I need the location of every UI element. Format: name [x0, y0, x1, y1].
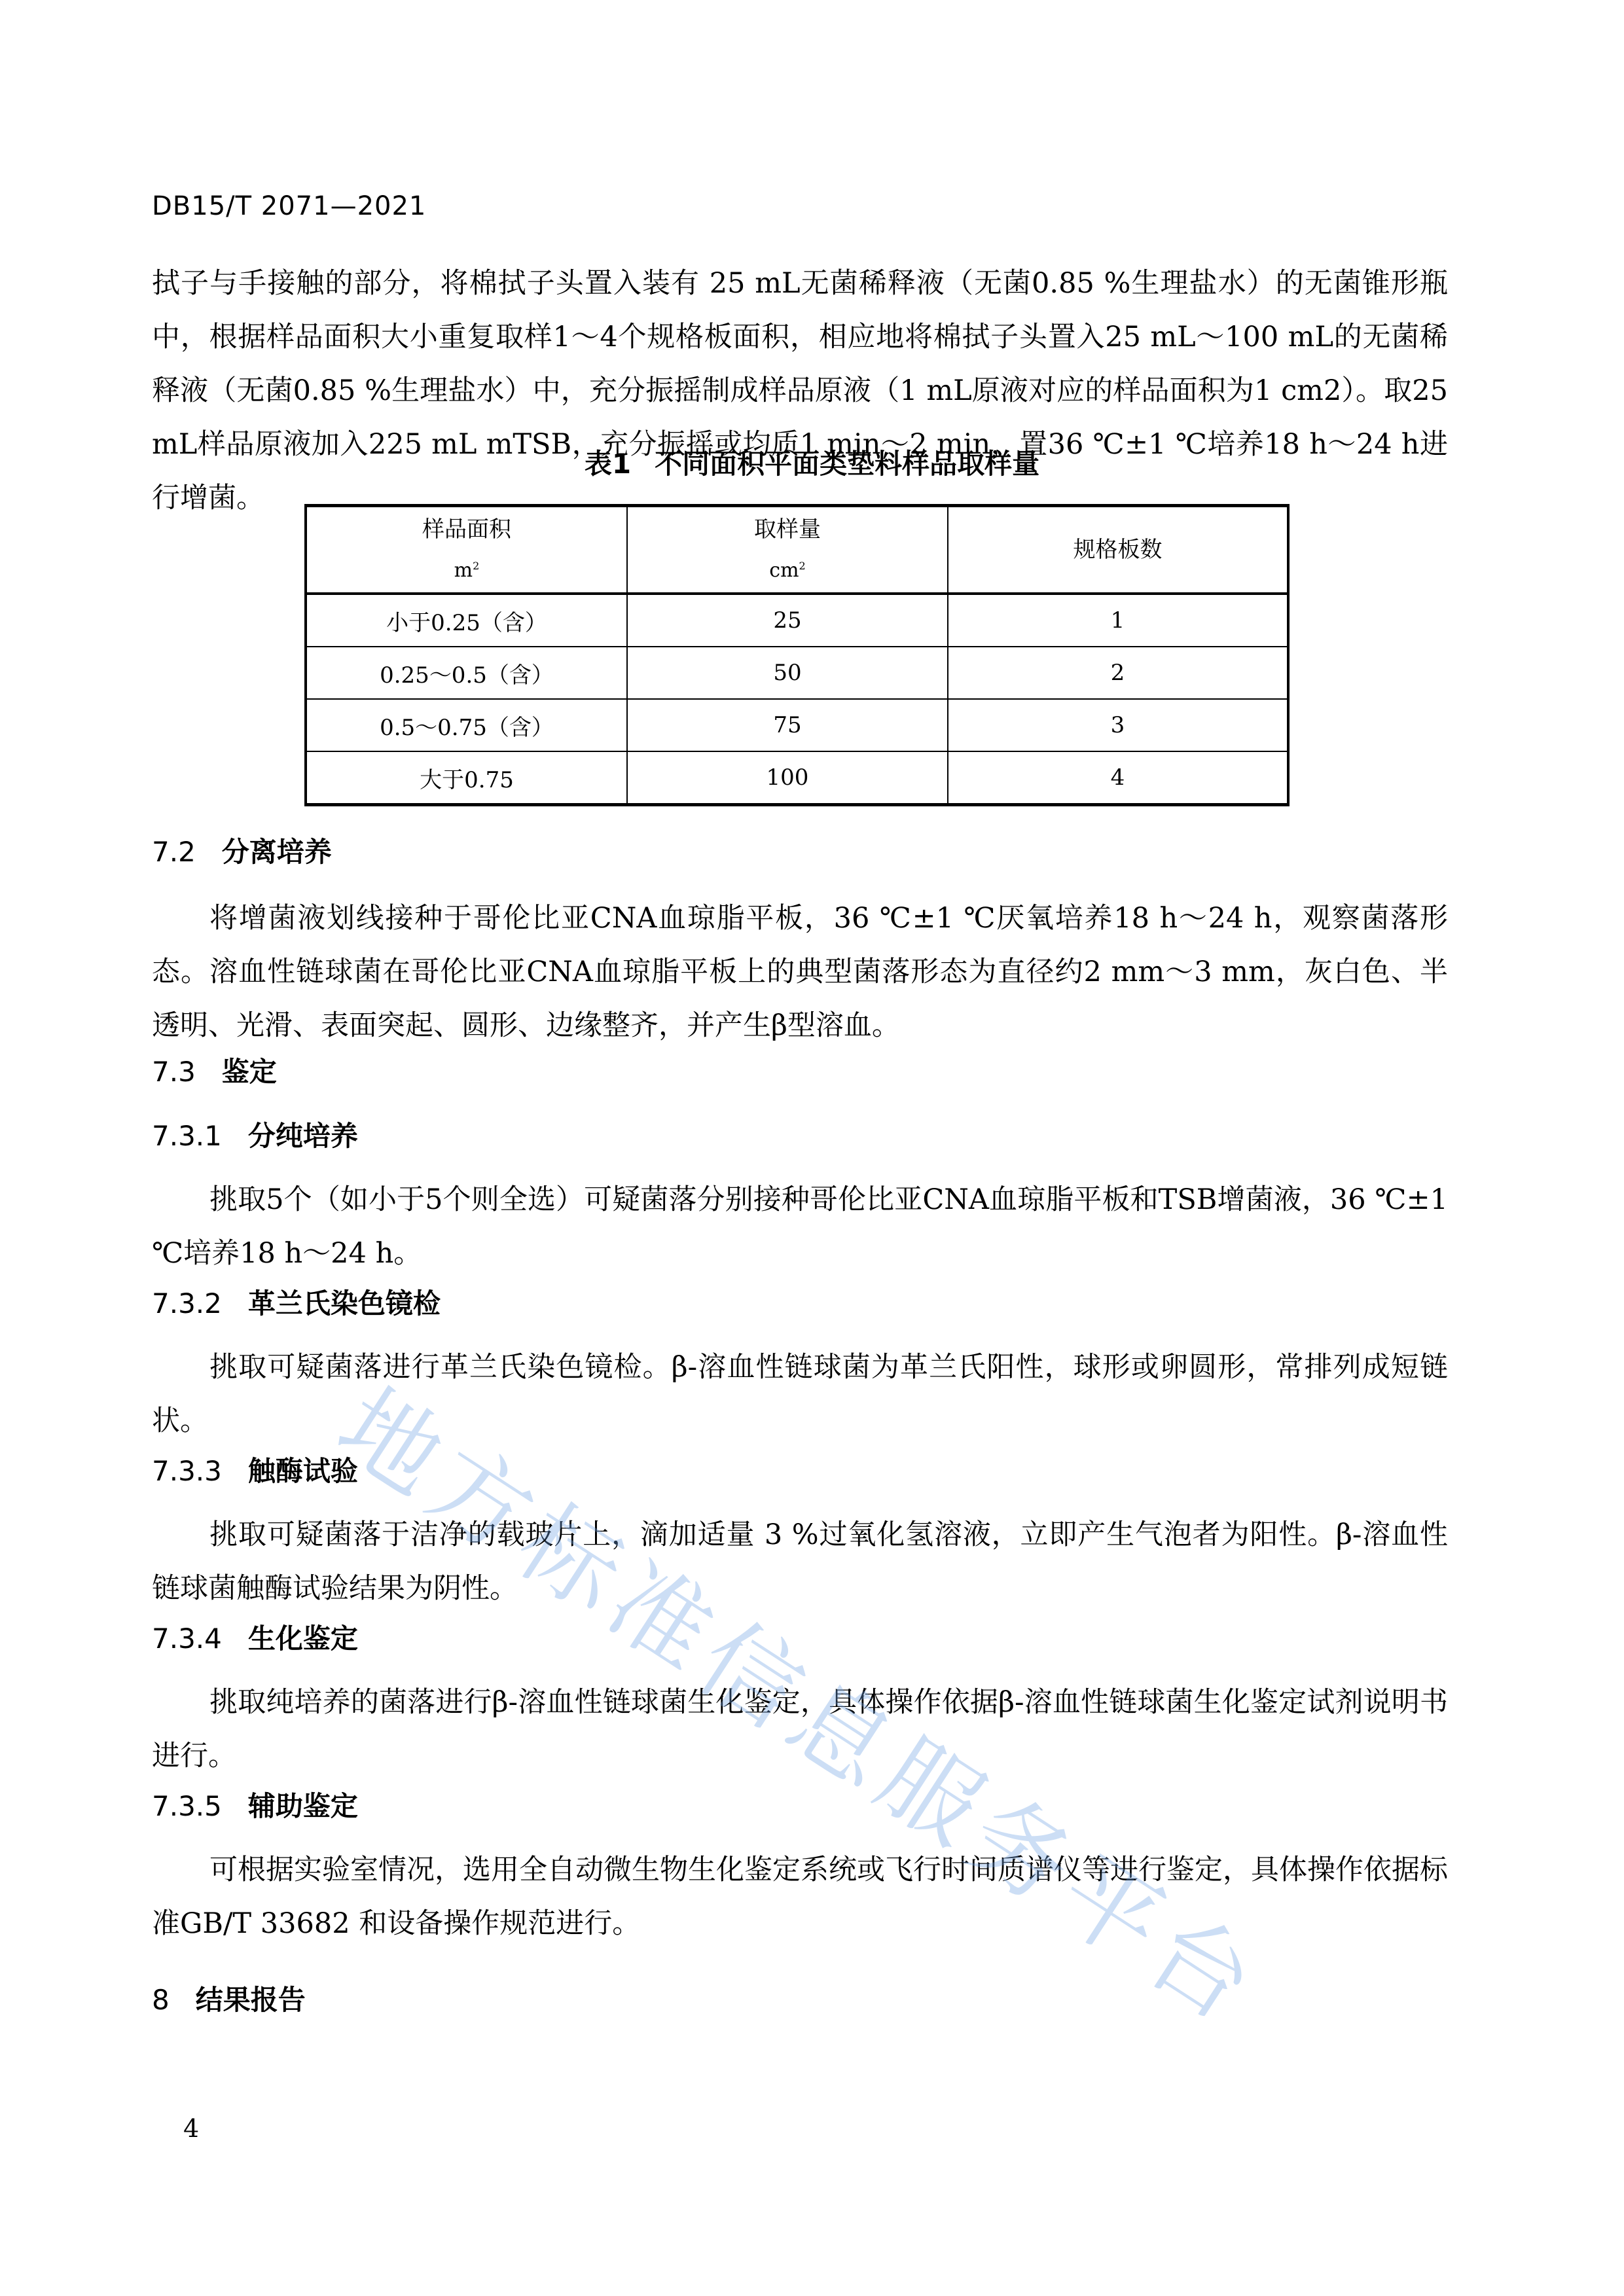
cell-amount: 50: [627, 647, 948, 699]
header-label: 取样量: [628, 511, 947, 548]
header-unit: cm2: [628, 548, 947, 589]
section-title: 结果报告: [196, 1984, 306, 2016]
section-title: 辅助鉴定: [248, 1790, 358, 1822]
page-number: 4: [183, 2114, 199, 2143]
section-number: 7.3.4: [152, 1619, 222, 1659]
section-heading-7-3-4: 7.3.4生化鉴定: [152, 1619, 358, 1659]
cell-area: 0.25～0.5（含）: [306, 647, 627, 699]
header-unit: m2: [307, 548, 626, 589]
document-page: DB15/T 2071—2021 拭子与手接触的部分，将棉拭子头置入装有 25 …: [0, 0, 1624, 2296]
cell-plates: 2: [948, 647, 1288, 699]
section-number: 8: [152, 1981, 170, 2020]
section-body-7-3-4: 挑取纯培养的菌落进行β-溶血性链球菌生化鉴定，具体操作依据β-溶血性链球菌生化鉴…: [152, 1676, 1448, 1783]
section-heading-7-3: 7.3鉴定: [152, 1052, 277, 1092]
cell-area: 小于0.25（含）: [306, 594, 627, 647]
table-caption: 表1不同面积平面类垫料样品取样量: [0, 442, 1624, 482]
section-body-7-2: 将增菌液划线接种于哥伦比亚CNA血琼脂平板，36 ℃±1 ℃厌氧培养18 h～2…: [152, 891, 1448, 1052]
section-title: 鉴定: [222, 1056, 277, 1088]
section-title: 分纯培养: [248, 1120, 358, 1152]
table-row: 大于0.75 100 4: [306, 751, 1288, 805]
cell-plates: 1: [948, 594, 1288, 647]
section-body-7-3-2: 挑取可疑菌落进行革兰氏染色镜检。β-溶血性链球菌为革兰氏阳性，球形或卵圆形，常排…: [152, 1340, 1448, 1448]
cell-plates: 4: [948, 751, 1288, 805]
section-number: 7.3.3: [152, 1452, 222, 1491]
table-header-row: 样品面积 m2 取样量 cm2 规格板数: [306, 506, 1288, 594]
intro-paragraph: 拭子与手接触的部分，将棉拭子头置入装有 25 mL无菌稀释液（无菌0.85 %生…: [152, 257, 1448, 525]
section-title: 革兰氏染色镜检: [248, 1287, 441, 1319]
table-row: 小于0.25（含） 25 1: [306, 594, 1288, 647]
header-sample-area: 样品面积 m2: [306, 506, 627, 594]
cell-area: 0.5～0.75（含）: [306, 699, 627, 751]
header-plate-count: 规格板数: [948, 506, 1288, 594]
header-label: 样品面积: [307, 511, 626, 548]
table-title: 不同面积平面类垫料样品取样量: [655, 448, 1039, 480]
cell-amount: 25: [627, 594, 948, 647]
header-sample-amount: 取样量 cm2: [627, 506, 948, 594]
table-number: 表1: [585, 448, 631, 480]
table-row: 0.25～0.5（含） 50 2: [306, 647, 1288, 699]
section-number: 7.3.5: [152, 1787, 222, 1826]
section-heading-7-3-3: 7.3.3触酶试验: [152, 1452, 358, 1491]
cell-amount: 75: [627, 699, 948, 751]
section-title: 生化鉴定: [248, 1623, 358, 1655]
section-body-7-3-3: 挑取可疑菌落于洁净的载玻片上，滴加适量 3 %过氧化氢溶液，立即产生气泡者为阳性…: [152, 1508, 1448, 1615]
header-label: 规格板数: [948, 531, 1287, 568]
cell-area: 大于0.75: [306, 751, 627, 805]
sampling-table: 样品面积 m2 取样量 cm2 规格板数 小于0.25（含） 25 1 0.25…: [304, 504, 1290, 806]
section-heading-8: 8结果报告: [152, 1981, 306, 2020]
cell-amount: 100: [627, 751, 948, 805]
section-heading-7-3-5: 7.3.5辅助鉴定: [152, 1787, 358, 1826]
section-title: 触酶试验: [248, 1455, 358, 1487]
section-body-7-3-1: 挑取5个（如小于5个则全选）可疑菌落分别接种哥伦比亚CNA血琼脂平板和TSB增菌…: [152, 1173, 1448, 1280]
section-heading-7-3-2: 7.3.2革兰氏染色镜检: [152, 1284, 441, 1323]
standard-code-header: DB15/T 2071—2021: [152, 191, 426, 221]
section-number: 7.3: [152, 1052, 196, 1092]
section-number: 7.2: [152, 833, 196, 872]
section-heading-7-2: 7.2分离培养: [152, 833, 332, 872]
section-body-7-3-5: 可根据实验室情况，选用全自动微生物生化鉴定系统或飞行时间质谱仪等进行鉴定，具体操…: [152, 1843, 1448, 1950]
section-title: 分离培养: [222, 836, 332, 868]
section-heading-7-3-1: 7.3.1分纯培养: [152, 1117, 358, 1156]
section-number: 7.3.2: [152, 1284, 222, 1323]
section-number: 7.3.1: [152, 1117, 222, 1156]
table-row: 0.5～0.75（含） 75 3: [306, 699, 1288, 751]
cell-plates: 3: [948, 699, 1288, 751]
